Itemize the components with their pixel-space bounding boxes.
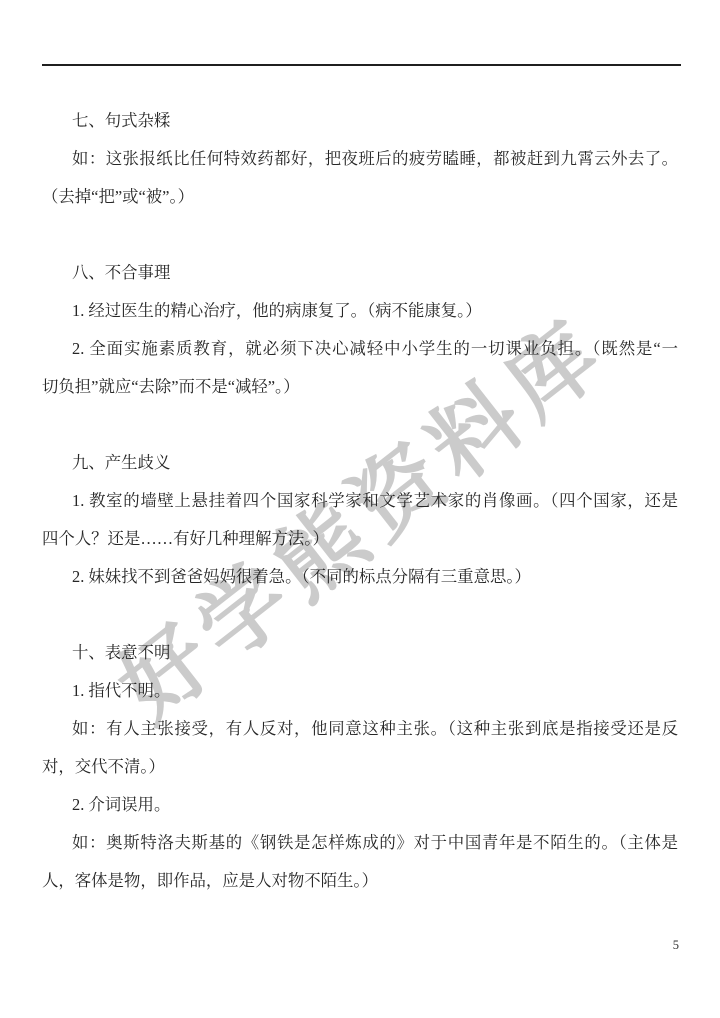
section-8-heading: 八、不合事理 bbox=[42, 254, 678, 292]
section-9-item-2: 2. 妹妹找不到爸爸妈妈很着急。（不同的标点分隔有三重意思。） bbox=[42, 558, 678, 596]
section-10-example-2-line-2: 人，客体是物，即作品，应是人对物不陌生。） bbox=[42, 862, 678, 900]
section-8: 八、不合事理 1. 经过医生的精心治疗，他的病康复了。（病不能康复。） 2. 全… bbox=[42, 254, 678, 406]
section-8-item-1: 1. 经过医生的精心治疗，他的病康复了。（病不能康复。） bbox=[42, 292, 678, 330]
section-10: 十、表意不明 1. 指代不明。 如：有人主张接受，有人反对，他同意这种主张。（这… bbox=[42, 634, 678, 900]
section-9-item-1-line-1: 1. 教室的墙壁上悬挂着四个国家科学家和文学艺术家的肖像画。（四个国家，还是 bbox=[42, 482, 678, 520]
section-8-item-2-line-1: 2. 全面实施素质教育，就必须下决心减轻中小学生的一切课业负担。（既然是“一 bbox=[42, 330, 678, 368]
section-10-example-1-line-1: 如：有人主张接受，有人反对，他同意这种主张。（这种主张到底是指接受还是反 bbox=[42, 710, 678, 748]
section-7-example-line: 如：这张报纸比任何特效药都好，把夜班后的疲劳瞌睡，都被赶到九霄云外去了。 bbox=[42, 140, 678, 178]
document-page: 好学熊资料库 七、句式杂糅 如：这张报纸比任何特效药都好，把夜班后的疲劳瞌睡，都… bbox=[0, 0, 720, 1018]
section-9: 九、产生歧义 1. 教室的墙壁上悬挂着四个国家科学家和文学艺术家的肖像画。（四个… bbox=[42, 444, 678, 596]
header-rule bbox=[42, 64, 681, 66]
document-content: 七、句式杂糅 如：这张报纸比任何特效药都好，把夜班后的疲劳瞌睡，都被赶到九霄云外… bbox=[42, 102, 678, 900]
section-10-item-2: 2. 介词误用。 bbox=[42, 786, 678, 824]
page-number: 5 bbox=[673, 938, 679, 953]
section-9-heading: 九、产生歧义 bbox=[42, 444, 678, 482]
section-9-item-1-line-2: 四个人？还是……有好几种理解方法。） bbox=[42, 520, 678, 558]
section-10-example-2-line-1: 如：奥斯特洛夫斯基的《钢铁是怎样炼成的》对于中国青年是不陌生的。（主体是 bbox=[42, 824, 678, 862]
section-7-heading: 七、句式杂糅 bbox=[42, 102, 678, 140]
section-10-item-1: 1. 指代不明。 bbox=[42, 672, 678, 710]
section-10-example-1-line-2: 对，交代不清。） bbox=[42, 748, 678, 786]
section-7: 七、句式杂糅 如：这张报纸比任何特效药都好，把夜班后的疲劳瞌睡，都被赶到九霄云外… bbox=[42, 102, 678, 216]
section-7-correction-line: （去掉“把”或“被”。） bbox=[42, 178, 678, 216]
section-8-item-2-line-2: 切负担”就应“去除”而不是“减轻”。） bbox=[42, 368, 678, 406]
section-10-heading: 十、表意不明 bbox=[42, 634, 678, 672]
